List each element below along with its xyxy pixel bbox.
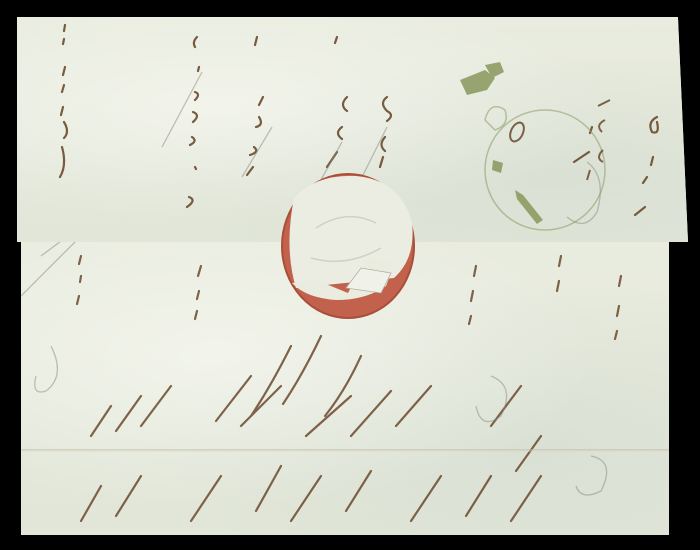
horizontal-fold: [21, 449, 669, 452]
postmark-icon: [455, 60, 625, 240]
wax-seal: [276, 168, 420, 324]
wax-seal-icon: [276, 168, 420, 324]
green-postmark: [455, 60, 625, 240]
